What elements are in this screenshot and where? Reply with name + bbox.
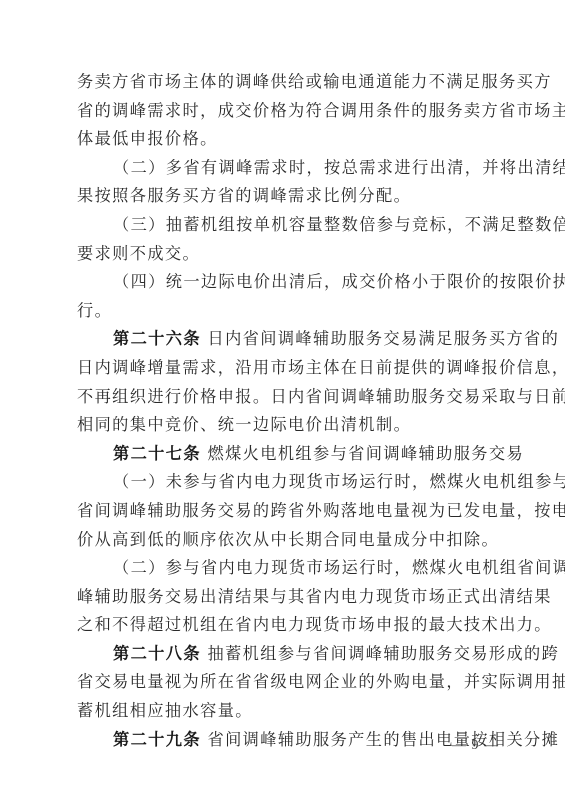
text-line: （二）参与省内电力现货市场运行时，燃煤火电机组省间调 — [77, 554, 493, 583]
text-line: 之和不得超过机组在省内电力现货市场申报的最大技术出力。 — [77, 611, 493, 640]
article-heading: 第二十六条 — [113, 329, 201, 348]
article-29-line: 第二十九条 省间调峰辅助服务产生的售出电量按相关分摊 — [77, 726, 493, 755]
text-line: 省间调峰辅助服务交易的跨省外购落地电量视为已发电量，按电 — [77, 497, 493, 526]
text-line: 相同的集中竞价、统一边际电价出清机制。 — [77, 411, 493, 440]
article-27-line: 第二十七条 燃煤火电机组参与省间调峰辅助服务交易 — [77, 440, 493, 469]
text-line: 务卖方省市场主体的调峰供给或输电通道能力不满足服务买方 — [77, 68, 493, 97]
article-26-line: 第二十六条 日内省间调峰辅助服务交易满足服务买方省的 — [77, 325, 493, 354]
article-text: 抽蓄机组参与省间调峰辅助服务交易形成的跨 — [201, 644, 559, 663]
text-line: 行。 — [77, 297, 493, 326]
document-page: 务卖方省市场主体的调峰供给或输电通道能力不满足服务买方 省的调峰需求时，成交价格… — [0, 0, 565, 800]
text-line: （二）多省有调峰需求时，按总需求进行出清，并将出清结 — [77, 154, 493, 183]
text-line: 价从高到低的顺序依次从中长期合同电量成分中扣除。 — [77, 526, 493, 555]
text-line: 日内调峰增量需求，沿用市场主体在日前提供的调峰报价信息， — [77, 354, 493, 383]
page-number: — 9 — — [452, 738, 499, 754]
article-heading: 第二十八条 — [113, 644, 201, 663]
text-line: 省的调峰需求时，成交价格为符合调用条件的服务卖方省市场主 — [77, 97, 493, 126]
text-line: （三）抽蓄机组按单机容量整数倍参与竞标，不满足整数倍 — [77, 211, 493, 240]
text-line: （一）未参与省内电力现货市场运行时，燃煤火电机组参与 — [77, 468, 493, 497]
text-line: 蓄机组相应抽水容量。 — [77, 697, 493, 726]
text-line: 峰辅助服务交易出清结果与其省内电力现货市场正式出清结果 — [77, 583, 493, 612]
body-text: 务卖方省市场主体的调峰供给或输电通道能力不满足服务买方 省的调峰需求时，成交价格… — [77, 68, 493, 754]
text-line: 不再组织进行价格申报。日内省间调峰辅助服务交易采取与日前 — [77, 383, 493, 412]
text-line: 要求则不成交。 — [77, 240, 493, 269]
article-text: 省间调峰辅助服务产生的售出电量按相关分摊 — [201, 730, 559, 749]
text-line: 体最低申报价格。 — [77, 125, 493, 154]
text-line: （四）统一边际电价出清后，成交价格小于限价的按限价执 — [77, 268, 493, 297]
article-heading: 第二十九条 — [113, 730, 201, 749]
text-line: 果按照各服务买方省的调峰需求比例分配。 — [77, 182, 493, 211]
article-text: 日内省间调峰辅助服务交易满足服务买方省的 — [201, 329, 559, 348]
article-heading: 第二十七条 — [113, 444, 201, 463]
article-28-line: 第二十八条 抽蓄机组参与省间调峰辅助服务交易形成的跨 — [77, 640, 493, 669]
text-line: 省交易电量视为所在省省级电网企业的外购电量，并实际调用抽 — [77, 668, 493, 697]
article-text: 燃煤火电机组参与省间调峰辅助服务交易 — [201, 444, 524, 463]
